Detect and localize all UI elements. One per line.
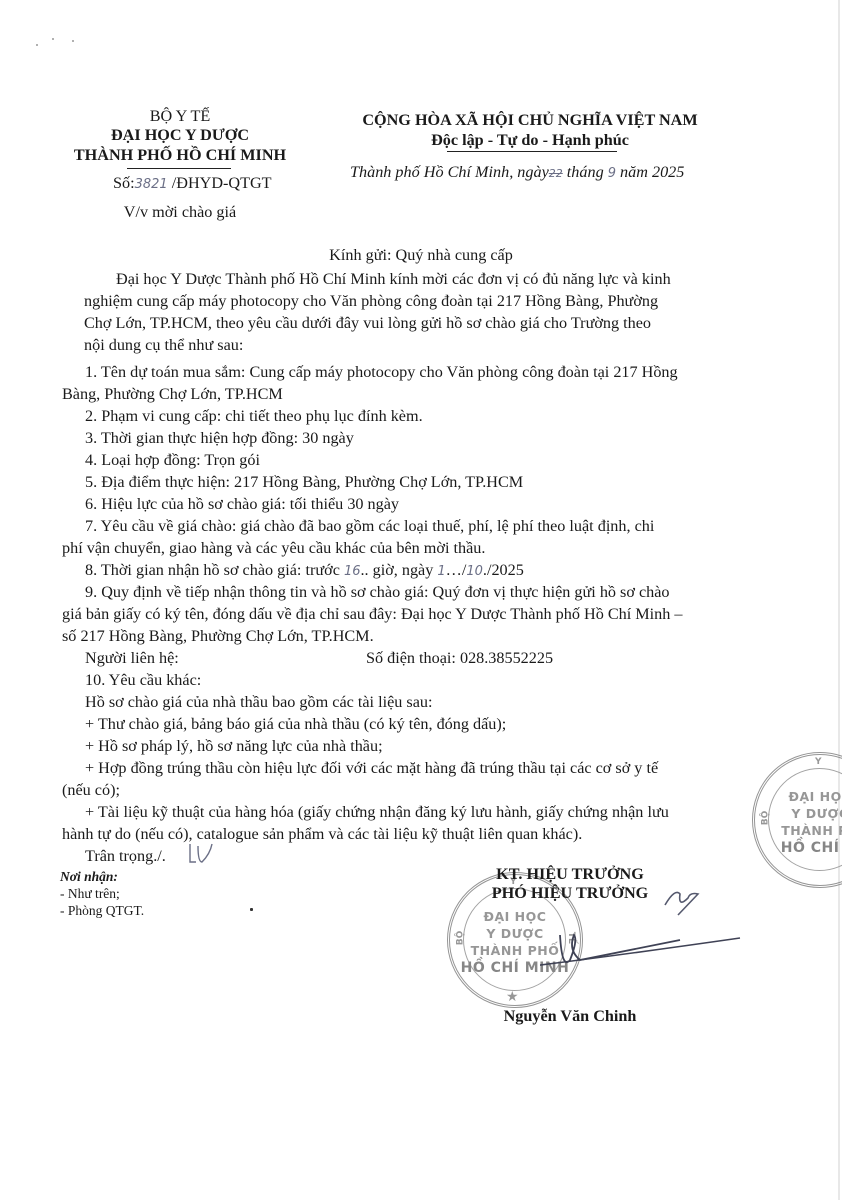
recipients-title: Nơi nhận: <box>60 868 118 885</box>
university-name-line1: ĐẠI HỌC Y DƯỢC <box>60 125 300 145</box>
scan-speck <box>36 44 38 46</box>
item-5: 5. Địa điểm thực hiện: 217 Hồng Bàng, Ph… <box>85 472 523 492</box>
deadline-hour: 16 <box>344 564 361 579</box>
date-prefix: Thành phố Hồ Chí Minh, ngày <box>350 163 549 181</box>
item-10: 10. Yêu cầu khác: <box>85 670 201 690</box>
stamp-side-text: BỘ <box>760 811 770 826</box>
item-6: 6. Hiệu lực của hồ sơ chào giá: tối thiể… <box>85 494 399 514</box>
item-8-sep: …/ <box>446 561 467 579</box>
item-9-cont: số 217 Hồng Bàng, Phường Chợ Lớn, TP.HCM… <box>62 626 374 646</box>
signature-scribble <box>540 880 790 990</box>
stamp-text: HỒ CHÍ M <box>755 840 842 856</box>
stamp-top-text: Y <box>815 757 822 767</box>
university-name-line2: THÀNH PHỐ HỒ CHÍ MINH <box>60 145 300 165</box>
stamp-text: Y DƯỢC <box>755 806 842 821</box>
date-year: năm 2025 <box>620 163 684 181</box>
scan-speck <box>250 908 253 911</box>
item-4: 4. Loại hợp đồng: Trọn gói <box>85 450 260 470</box>
date-month-label: tháng <box>567 163 604 181</box>
item-10-c-cont: (nếu có); <box>62 780 120 800</box>
signer-name: Nguyễn Văn Chinh <box>470 1006 670 1026</box>
initial-signature <box>186 840 216 868</box>
recipient-item: - Phòng QTGT. <box>60 902 144 919</box>
item-10-intro: Hồ sơ chào giá của nhà thầu bao gồm các … <box>85 692 432 712</box>
item-10-d-cont: hành tự do (nếu có), catalogue sản phẩm … <box>62 824 582 844</box>
number-prefix: Số: <box>113 174 135 192</box>
closing: Trân trọng./. <box>85 846 166 866</box>
document-date: Thành phố Hồ Chí Minh, ngày22 tháng 9 nă… <box>350 162 684 184</box>
item-8-label: 8. Thời gian nhận hồ sơ chào giá: trước <box>85 561 340 579</box>
recipient-item: - Như trên; <box>60 885 120 902</box>
number-handwritten: 3821 <box>135 177 168 192</box>
intro-line: nội dung cụ thể như sau: <box>84 335 243 355</box>
stamp-text: THÀNH PH <box>755 823 842 838</box>
item-1: 1. Tên dự toán mua sắm: Cung cấp máy pho… <box>85 362 678 382</box>
date-day: 22 <box>549 167 563 180</box>
stamp-text: ĐẠI HỌC <box>755 789 842 804</box>
date-month: 9 <box>608 166 616 181</box>
scan-speck <box>72 40 74 42</box>
scan-edge <box>838 0 840 1200</box>
item-8-mid: .. giờ, ngày <box>360 561 433 579</box>
item-3: 3. Thời gian thực hiện hợp đồng: 30 ngày <box>85 428 354 448</box>
item-10-d: + Tài liệu kỹ thuật của hàng hóa (giấy c… <box>85 802 669 822</box>
motto-underline <box>447 151 617 152</box>
ministry-name: BỘ Y TẾ <box>60 106 300 126</box>
item-7: 7. Yêu cầu về giá chào: giá chào đã bao … <box>85 516 654 536</box>
item-7-cont: phí vận chuyển, giao hàng và các yêu cầu… <box>62 538 485 558</box>
item-1-cont: Bàng, Phường Chợ Lớn, TP.HCM <box>62 384 283 404</box>
edge-stamp: ĐẠI HỌC Y DƯỢC THÀNH PH HỒ CHÍ M Y BỘ <box>752 752 842 888</box>
nation-title: CỘNG HÒA XÃ HỘI CHỦ NGHĨA VIỆT NAM <box>340 110 720 130</box>
item-9-cont: giá bản giấy có ký tên, đóng dấu về địa … <box>62 604 683 624</box>
deadline-day: 1 <box>437 564 445 579</box>
nation-motto: Độc lập - Tự do - Hạnh phúc <box>340 130 720 150</box>
intro-line: nghiệm cung cấp máy photocopy cho Văn ph… <box>84 291 658 311</box>
document-number: Số:3821 /ĐHYD-QTGT <box>113 173 272 195</box>
contact-phone: Số điện thoại: 028.38552225 <box>366 648 553 668</box>
item-8: 8. Thời gian nhận hồ sơ chào giá: trước … <box>85 560 524 582</box>
contact-label: Người liên hệ: <box>85 648 179 668</box>
stamp-side-text: BỘ <box>455 931 465 946</box>
stamp-star-icon: ★ <box>506 989 519 1005</box>
item-2: 2. Phạm vi cung cấp: chi tiết theo phụ l… <box>85 406 423 426</box>
salutation: Kính gửi: Quý nhà cung cấp <box>60 245 782 265</box>
item-10-a: + Thư chào giá, bảng báo giá của nhà thầ… <box>85 714 506 734</box>
deadline-month: 10 <box>466 564 483 579</box>
stamp-inner-ring <box>768 768 842 871</box>
intro-line: Chợ Lớn, TP.HCM, theo yêu cầu dưới đây v… <box>84 313 651 333</box>
item-8-year: ./2025 <box>483 561 524 579</box>
item-10-b: + Hồ sơ pháp lý, hồ sơ năng lực của nhà … <box>85 736 383 756</box>
document-subject: V/v mời chào giá <box>60 202 300 222</box>
item-9: 9. Quy định về tiếp nhận thông tin và hồ… <box>85 582 670 602</box>
header-left-underline <box>127 168 231 169</box>
number-suffix: /ĐHYD-QTGT <box>172 174 272 192</box>
intro-line: Đại học Y Dược Thành phố Hồ Chí Minh kín… <box>116 269 671 289</box>
item-10-c: + Hợp đồng trúng thầu còn hiệu lực đối v… <box>85 758 658 778</box>
scan-speck <box>52 38 54 40</box>
